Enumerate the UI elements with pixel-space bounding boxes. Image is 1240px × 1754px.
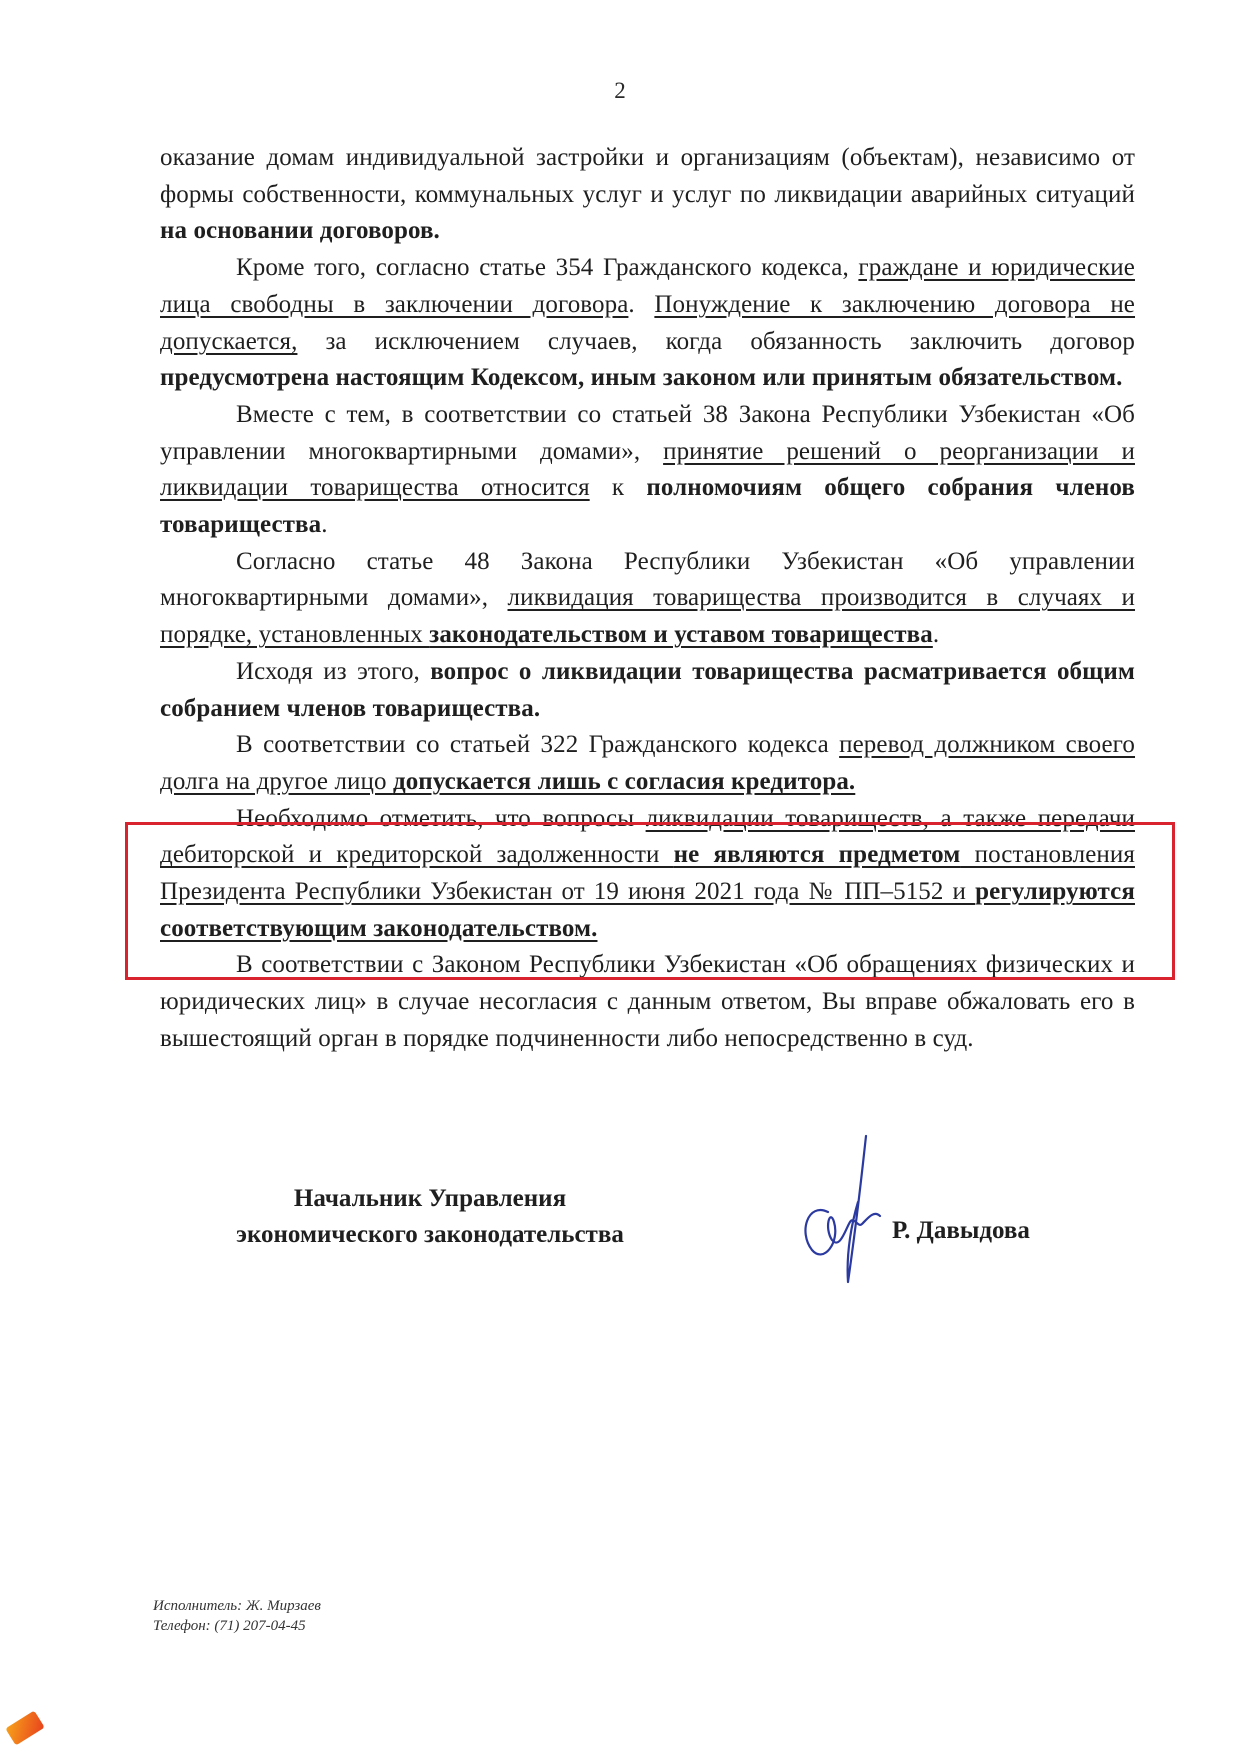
text-run: . bbox=[321, 511, 327, 538]
paragraph: В соответствии со статьей 322 Гражданско… bbox=[160, 727, 1135, 800]
text-run: . bbox=[933, 621, 939, 648]
paragraph: Вместе с тем, в соответствии со статьей … bbox=[160, 397, 1135, 544]
text-run: законодательством и уставом товарищества bbox=[429, 621, 933, 648]
executor-phone: Телефон: (71) 207-04-45 bbox=[153, 1616, 321, 1636]
paragraph: Кроме того, согласно статье 354 Гражданс… bbox=[160, 250, 1135, 397]
text-run: к bbox=[590, 474, 647, 501]
signer-name: Р. Давыдова bbox=[892, 1217, 1030, 1245]
handwritten-signature-icon bbox=[788, 1132, 908, 1292]
paragraph: оказание домам индивидуальной застройки … bbox=[160, 140, 1135, 250]
page-number: 2 bbox=[0, 78, 1240, 104]
text-run: Кроме того, согласно статье 354 Гражданс… bbox=[236, 254, 858, 281]
highlight-box bbox=[125, 822, 1175, 980]
executor-info: Исполнитель: Ж. Мирзаев Телефон: (71) 20… bbox=[153, 1596, 321, 1636]
text-run: . bbox=[628, 291, 654, 318]
watermark-badge-icon bbox=[5, 1711, 44, 1746]
text-run: на основании договоров. bbox=[160, 217, 440, 244]
signatory-title-line2: экономического законодательства bbox=[190, 1217, 670, 1253]
signatory-title-line1: Начальник Управления bbox=[190, 1181, 670, 1217]
text-run: допускается лишь с согласия кредитора. bbox=[393, 768, 855, 795]
paragraph: Согласно статье 48 Закона Республики Узб… bbox=[160, 544, 1135, 654]
text-run: оказание домам индивидуальной застройки … bbox=[160, 144, 1135, 208]
text-run: предусмотрена настоящим Кодексом, иным з… bbox=[160, 364, 1122, 391]
paragraph: Исходя из этого, вопрос о ликвидации тов… bbox=[160, 654, 1135, 727]
text-run: В соответствии со статьей 322 Гражданско… bbox=[236, 731, 839, 758]
text-run: за исключением случаев, когда обязанност… bbox=[297, 328, 1135, 355]
signatory-title: Начальник Управления экономического зако… bbox=[190, 1181, 670, 1253]
executor-name: Исполнитель: Ж. Мирзаев bbox=[153, 1596, 321, 1616]
text-run: Исходя из этого, bbox=[236, 658, 430, 685]
